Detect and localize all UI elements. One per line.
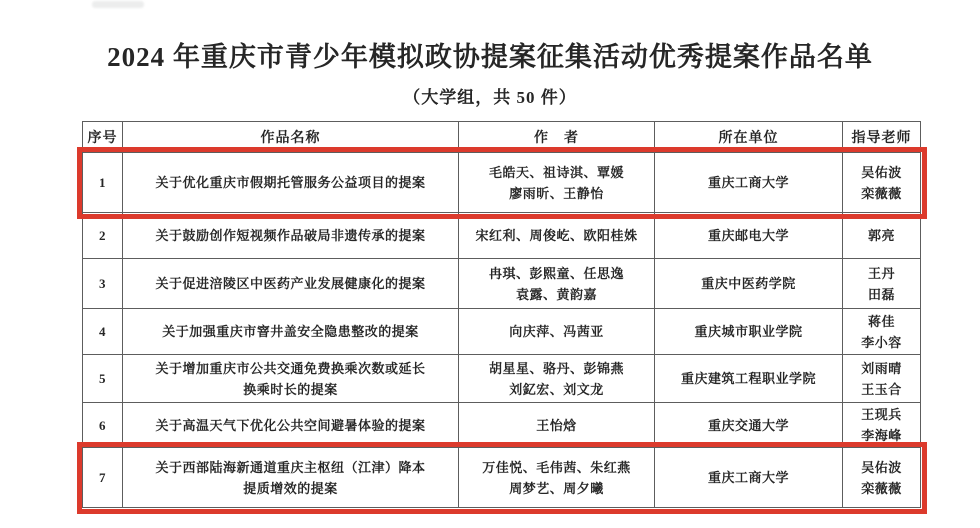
- cell-line: 吴佑波: [847, 457, 916, 478]
- cell-line: 6: [87, 415, 118, 436]
- cell-index: 3: [83, 259, 123, 309]
- table-row: 2关于鼓励创作短视频作品破局非遗传承的提案宋红利、周俊屹、欧阳桂姝重庆邮电大学郭…: [83, 213, 921, 259]
- cell-organization: 重庆中医药学院: [655, 259, 843, 309]
- cell-index: 2: [83, 213, 123, 259]
- cell-organization: 重庆交通大学: [655, 403, 843, 448]
- cell-authors: 向庆萍、冯茜亚: [459, 309, 655, 355]
- cell-authors: 毛皓天、祖诗淇、覃媛廖雨昕、王静怡: [459, 153, 655, 213]
- cell-line: 重庆邮电大学: [659, 225, 838, 246]
- cell-advisors: 蒋佳李小容: [843, 309, 921, 355]
- table-body: 1关于优化重庆市假期托管服务公益项目的提案毛皓天、祖诗淇、覃媛廖雨昕、王静怡重庆…: [83, 153, 921, 508]
- cell-line: 提质增效的提案: [127, 478, 454, 499]
- cutoff-scribble: [92, 1, 144, 8]
- cell-advisors: 王现兵李海峰: [843, 403, 921, 448]
- cell-line: 7: [87, 467, 118, 488]
- cell-line: 关于优化重庆市假期托管服务公益项目的提案: [127, 172, 454, 193]
- cell-line: 重庆建筑工程职业学院: [659, 368, 838, 389]
- cell-index: 4: [83, 309, 123, 355]
- cell-line: 刘雨晴: [847, 358, 916, 379]
- cell-line: 重庆工商大学: [659, 467, 838, 488]
- cell-line: 关于高温天气下优化公共空间避暑体验的提案: [127, 415, 454, 436]
- cell-line: 毛皓天、祖诗淇、覃媛: [463, 162, 650, 183]
- cell-line: 周梦艺、周夕曦: [463, 478, 650, 499]
- table-row: 6关于高温天气下优化公共空间避暑体验的提案王怡焓重庆交通大学王现兵李海峰: [83, 403, 921, 448]
- cell-line: 田磊: [847, 284, 916, 305]
- cell-line: 王丹: [847, 263, 916, 284]
- table-row: 7关于西部陆海新通道重庆主枢纽（江津）降本提质增效的提案万佳悦、毛伟茜、朱红燕周…: [83, 448, 921, 508]
- cell-line: 李小容: [847, 332, 916, 353]
- col-header-title: 作品名称: [123, 122, 459, 153]
- table-row: 3关于促进涪陵区中医药产业发展健康化的提案冉琪、彭熙童、任思逸袁露、黄韵嘉重庆中…: [83, 259, 921, 309]
- cell-line: 刘釔宏、刘文龙: [463, 379, 650, 400]
- cell-authors: 胡星星、骆丹、彭锦燕刘釔宏、刘文龙: [459, 355, 655, 403]
- cell-title: 关于加强重庆市窨井盖安全隐患整改的提案: [123, 309, 459, 355]
- cell-line: 王现兵: [847, 404, 916, 425]
- cell-line: 胡星星、骆丹、彭锦燕: [463, 358, 650, 379]
- cell-organization: 重庆建筑工程职业学院: [655, 355, 843, 403]
- cell-line: 重庆交通大学: [659, 415, 838, 436]
- cell-line: 关于促进涪陵区中医药产业发展健康化的提案: [127, 273, 454, 294]
- cell-line: 冉琪、彭熙童、任思逸: [463, 263, 650, 284]
- cell-organization: 重庆工商大学: [655, 448, 843, 508]
- cell-line: 3: [87, 273, 118, 294]
- cell-line: 关于加强重庆市窨井盖安全隐患整改的提案: [127, 321, 454, 342]
- table-row: 1关于优化重庆市假期托管服务公益项目的提案毛皓天、祖诗淇、覃媛廖雨昕、王静怡重庆…: [83, 153, 921, 213]
- table-row: 5关于增加重庆市公共交通免费换乘次数或延长换乘时长的提案胡星星、骆丹、彭锦燕刘釔…: [83, 355, 921, 403]
- cell-title: 关于促进涪陵区中医药产业发展健康化的提案: [123, 259, 459, 309]
- cell-advisors: 王丹田磊: [843, 259, 921, 309]
- cell-authors: 王怡焓: [459, 403, 655, 448]
- cell-advisors: 刘雨晴王玉合: [843, 355, 921, 403]
- cell-title: 关于增加重庆市公共交通免费换乘次数或延长换乘时长的提案: [123, 355, 459, 403]
- cell-line: 重庆城市职业学院: [659, 321, 838, 342]
- header-row: 序号 作品名称 作 者 所在单位 指导老师: [83, 122, 921, 153]
- cell-authors: 冉琪、彭熙童、任思逸袁露、黄韵嘉: [459, 259, 655, 309]
- cell-line: 蒋佳: [847, 311, 916, 332]
- cell-line: 栾薇薇: [847, 183, 916, 204]
- cell-line: 重庆中医药学院: [659, 273, 838, 294]
- cell-line: 关于增加重庆市公共交通免费换乘次数或延长: [127, 358, 454, 379]
- cell-line: 关于鼓励创作短视频作品破局非遗传承的提案: [127, 225, 454, 246]
- cell-index: 7: [83, 448, 123, 508]
- cell-line: 郭亮: [847, 225, 916, 246]
- col-header-index: 序号: [83, 122, 123, 153]
- page-subtitle: （大学组，共 50 件）: [0, 83, 980, 108]
- cell-line: 栾薇薇: [847, 478, 916, 499]
- cell-line: 王玉合: [847, 379, 916, 400]
- cell-advisors: 吴佑波栾薇薇: [843, 448, 921, 508]
- cell-advisors: 郭亮: [843, 213, 921, 259]
- cell-line: 向庆萍、冯茜亚: [463, 321, 650, 342]
- cell-index: 1: [83, 153, 123, 213]
- page-title: 2024 年重庆市青少年模拟政协提案征集活动优秀提案作品名单: [30, 40, 950, 74]
- cell-title: 关于高温天气下优化公共空间避暑体验的提案: [123, 403, 459, 448]
- table-header: 序号 作品名称 作 者 所在单位 指导老师: [83, 122, 921, 153]
- cell-line: 1: [87, 172, 118, 193]
- table-row: 4关于加强重庆市窨井盖安全隐患整改的提案向庆萍、冯茜亚重庆城市职业学院蒋佳李小容: [83, 309, 921, 355]
- cell-line: 袁露、黄韵嘉: [463, 284, 650, 305]
- cell-authors: 万佳悦、毛伟茜、朱红燕周梦艺、周夕曦: [459, 448, 655, 508]
- cell-title: 关于西部陆海新通道重庆主枢纽（江津）降本提质增效的提案: [123, 448, 459, 508]
- col-header-advisors: 指导老师: [843, 122, 921, 153]
- cell-line: 关于西部陆海新通道重庆主枢纽（江津）降本: [127, 457, 454, 478]
- cell-organization: 重庆工商大学: [655, 153, 843, 213]
- cell-line: 李海峰: [847, 425, 916, 446]
- cell-index: 5: [83, 355, 123, 403]
- cell-line: 2: [87, 225, 118, 246]
- cell-line: 换乘时长的提案: [127, 379, 454, 400]
- cell-advisors: 吴佑波栾薇薇: [843, 153, 921, 213]
- awards-table: 序号 作品名称 作 者 所在单位 指导老师 1关于优化重庆市假期托管服务公益项目…: [82, 121, 921, 508]
- cell-title: 关于鼓励创作短视频作品破局非遗传承的提案: [123, 213, 459, 259]
- cell-line: 万佳悦、毛伟茜、朱红燕: [463, 457, 650, 478]
- cell-line: 廖雨昕、王静怡: [463, 183, 650, 204]
- cell-title: 关于优化重庆市假期托管服务公益项目的提案: [123, 153, 459, 213]
- cell-line: 重庆工商大学: [659, 172, 838, 193]
- cell-authors: 宋红利、周俊屹、欧阳桂姝: [459, 213, 655, 259]
- cell-line: 吴佑波: [847, 162, 916, 183]
- cell-line: 宋红利、周俊屹、欧阳桂姝: [463, 225, 650, 246]
- cell-line: 5: [87, 368, 118, 389]
- document-page: 2024 年重庆市青少年模拟政协提案征集活动优秀提案作品名单 （大学组，共 50…: [0, 40, 980, 508]
- cell-organization: 重庆城市职业学院: [655, 309, 843, 355]
- cell-line: 王怡焓: [463, 415, 650, 436]
- cell-index: 6: [83, 403, 123, 448]
- col-header-authors: 作 者: [459, 122, 655, 153]
- col-header-organization: 所在单位: [655, 122, 843, 153]
- cell-line: 4: [87, 321, 118, 342]
- cell-organization: 重庆邮电大学: [655, 213, 843, 259]
